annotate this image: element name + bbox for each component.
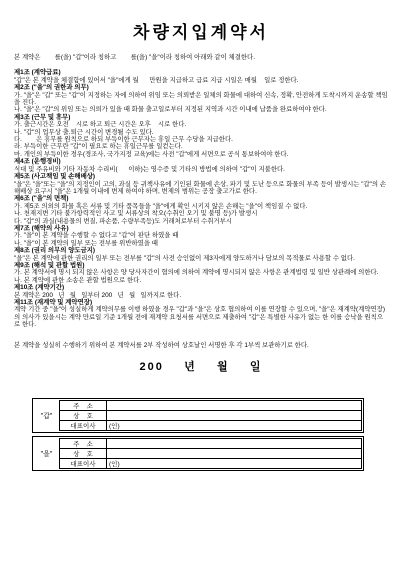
contract-body: 제1조 (계약급료)"갑"은 본 계약을 체결함에 있어서 "을"에게 월 만원… xyxy=(14,69,388,328)
row-label: 대표이사 xyxy=(60,459,107,469)
date-line: 200 년 월 일 xyxy=(14,358,388,374)
section-paragraph: 마. 개인의 부득이한 경우(경조사, 국가지정 교육)에는 사전 "갑"에게 … xyxy=(14,151,388,158)
table-row: 주 소 xyxy=(60,439,362,449)
section-paragraph: 다. "갑"의 과실(내용물의 변질, 파손품, 수량부족등)도 거래처로부터 … xyxy=(14,218,388,225)
table-row: 상 호 xyxy=(60,449,362,459)
section-paragraph: 나. 본 계약에 관한 소송은 관할 법원으로 한다. xyxy=(14,277,388,284)
section-heading: 제5조 (사고책임 및 손해배상) xyxy=(14,173,388,180)
row-value-field[interactable] xyxy=(107,411,362,421)
section-paragraph: 계약 기간 중 "을"이 성실하게 계약의무를 이행 하였을 경우 "갑"과 "… xyxy=(14,306,388,328)
contract-page: 차량지입계약서 본 계약은 를(을) "갑"이라 칭하고 를(을) "을"이라 … xyxy=(0,0,400,565)
section-paragraph: 나. "을"은 "갑"의 위임 또는 의뢰가 있을 때 화물 출고일로부터 지정… xyxy=(14,106,388,113)
row-label: 대표이사 xyxy=(60,421,107,431)
table-row: 주 소 xyxy=(60,401,362,411)
document-title: 차량지입계약서 xyxy=(14,18,388,43)
section-heading: 제4조 (운행경비) xyxy=(14,158,388,165)
signature-table: "을"주 소상 호대표이사(인) xyxy=(32,436,364,471)
row-label: 주 소 xyxy=(60,439,107,449)
section-paragraph: "을"은 "을"또는 "을"의 지정인이 고의, 과실 등 귀책사유에 기인된 … xyxy=(14,181,388,196)
row-label: 상 호 xyxy=(60,411,107,421)
section-paragraph: 본 계약은 200 년 월 일부터 200 년 월 일까지로 한다. xyxy=(14,292,388,299)
row-value-field[interactable]: (인) xyxy=(107,459,362,469)
row-value-field[interactable] xyxy=(107,401,362,411)
closing-paragraph: 본 계약을 성실히 수행하기 위하여 본 계약서를 2부 작성하여 상호날인 서… xyxy=(14,342,388,349)
row-value-field[interactable] xyxy=(107,439,362,449)
section-paragraph: 식대 및 주유비와 기타 자동차 수리비( 이하)는 영수증 및 기타의 방법에… xyxy=(14,166,388,173)
section-paragraph: 가. 본 계약서에 명시 되지 않은 사항은 양 당사자간이 협의에 의하여 계… xyxy=(14,269,388,276)
row-label: 상 호 xyxy=(60,449,107,459)
row-value-field[interactable] xyxy=(107,449,362,459)
table-row: 상 호 xyxy=(60,411,362,421)
section-heading: 제10조 (계약기간) xyxy=(14,284,388,291)
section-paragraph: 나. 천재지변 기타 불가항력적인 사고 및 서류상의 착오(수취인 오기 및 … xyxy=(14,210,388,217)
row-value-field[interactable]: (인) xyxy=(107,421,362,431)
section-paragraph: 나. "갑"의 업무상 출.퇴근 시간이 변경될 수도 있다. xyxy=(14,129,388,136)
table-row: 대표이사(인) xyxy=(60,459,362,469)
section-paragraph: 가. 제5조 의외의 화물 혹은 서류 및 기타 품목들을 "을"에게 확인 시… xyxy=(14,203,388,210)
section-heading: 제2조 ("을"의 권한과 의무) xyxy=(14,84,388,91)
party-label: "을" xyxy=(34,438,59,469)
section-heading: 제6조 ("을"의 면책) xyxy=(14,195,388,202)
section-paragraph: 라. 부득이한 근무란 "갑"이 필요로 하는 휴일근무를 일컫는다. xyxy=(14,143,388,150)
section-paragraph: 가. "을"이 본 계약을 수행할 수 없다고 "갑"이 판단 하였을 때 xyxy=(14,232,388,239)
signature-table: "갑"주 소상 호대표이사(인) xyxy=(32,398,364,433)
section-paragraph: "을"은 본 계약에 관한 권리의 일부 또는 전부를 "갑"의 사전 승인없이… xyxy=(14,255,388,262)
table-row: 대표이사(인) xyxy=(60,421,362,431)
section-heading: 제1조 (계약급료) xyxy=(14,69,388,76)
party-label: "갑" xyxy=(34,400,59,431)
section-paragraph: 가. "을"은 "갑" 또는 "갑"이 지정하는 자에 의하여 위임 또는 의뢰… xyxy=(14,92,388,107)
row-label: 주 소 xyxy=(60,401,107,411)
intro-paragraph: 본 계약은 를(을) "갑"이라 칭하고 를(을) "을"이라 칭하여 아래와 … xyxy=(14,54,388,61)
section-paragraph: 가. 출근시간은 오전 시로 하고 퇴근 시간은 오후 시로 한다. xyxy=(14,121,388,128)
section-heading: 제8조 (권리 의무의 양도금지) xyxy=(14,247,388,254)
signature-tables: "갑"주 소상 호대표이사(인)"을"주 소상 호대표이사(인) xyxy=(14,398,388,471)
